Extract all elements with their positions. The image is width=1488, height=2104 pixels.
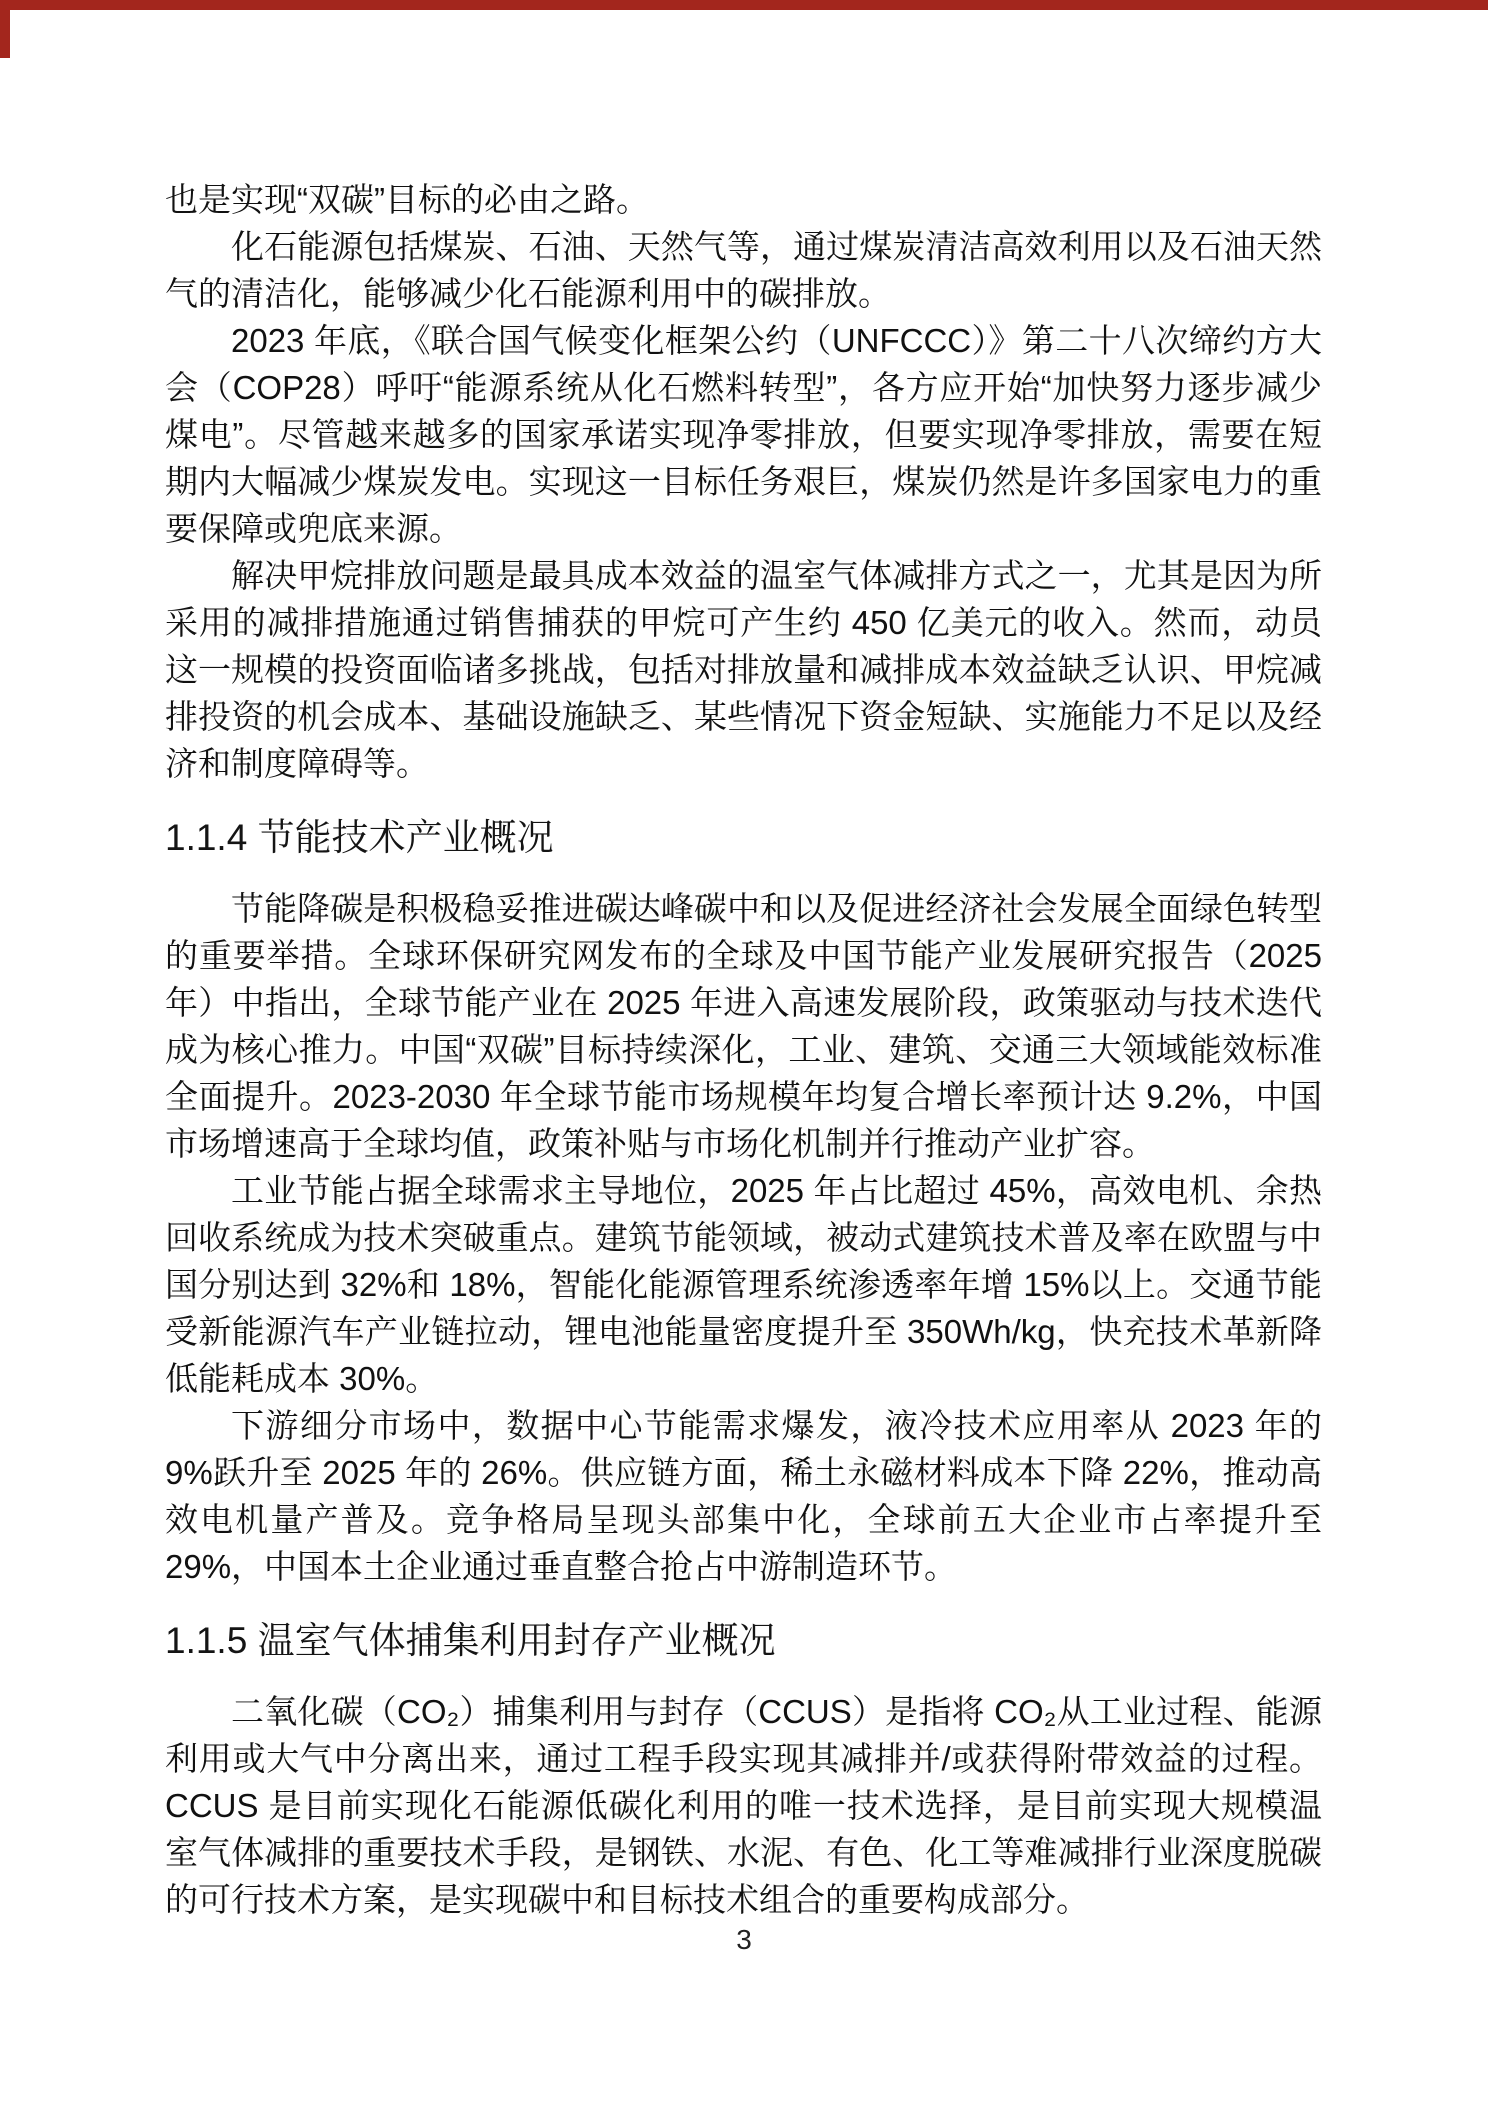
document-page: 也是实现“双碳”目标的必由之路。 化石能源包括煤炭、石油、天然气等，通过煤炭清洁…	[0, 0, 1488, 2104]
body-paragraph-energy-saving-overview: 节能降碳是积极稳妥推进碳达峰碳中和以及促进经济社会发展全面绿色转型的重要举措。全…	[165, 885, 1322, 1167]
page-number: 3	[0, 1922, 1488, 1958]
body-paragraph-carryover: 也是实现“双碳”目标的必由之路。	[165, 176, 1322, 223]
body-paragraph-downstream-market: 下游细分市场中，数据中心节能需求爆发，液冷技术应用率从 2023 年的 9%跃升…	[165, 1402, 1322, 1590]
body-paragraph-fossil-energy: 化石能源包括煤炭、石油、天然气等，通过煤炭清洁高效利用以及石油天然气的清洁化，能…	[165, 223, 1322, 317]
page-top-border-bar	[0, 0, 1488, 10]
body-paragraph-methane: 解决甲烷排放问题是最具成本效益的温室气体减排方式之一，尤其是因为所采用的减排措施…	[165, 552, 1322, 787]
page-body-text: 也是实现“双碳”目标的必由之路。 化石能源包括煤炭、石油、天然气等，通过煤炭清洁…	[165, 176, 1322, 1923]
section-heading-1-1-4: 1.1.4 节能技术产业概况	[165, 811, 1322, 865]
body-paragraph-unfccc-cop28: 2023 年底，《联合国气候变化框架公约（UNFCCC）》第二十八次缔约方大会（…	[165, 317, 1322, 552]
section-heading-1-1-5: 1.1.5 温室气体捕集利用封存产业概况	[165, 1614, 1322, 1668]
body-paragraph-ccus: 二氧化碳（CO₂）捕集利用与封存（CCUS）是指将 CO₂从工业过程、能源利用或…	[165, 1688, 1322, 1923]
page-left-border-bar	[0, 0, 10, 58]
body-paragraph-industrial-energy-saving: 工业节能占据全球需求主导地位，2025 年占比超过 45%，高效电机、余热回收系…	[165, 1167, 1322, 1402]
